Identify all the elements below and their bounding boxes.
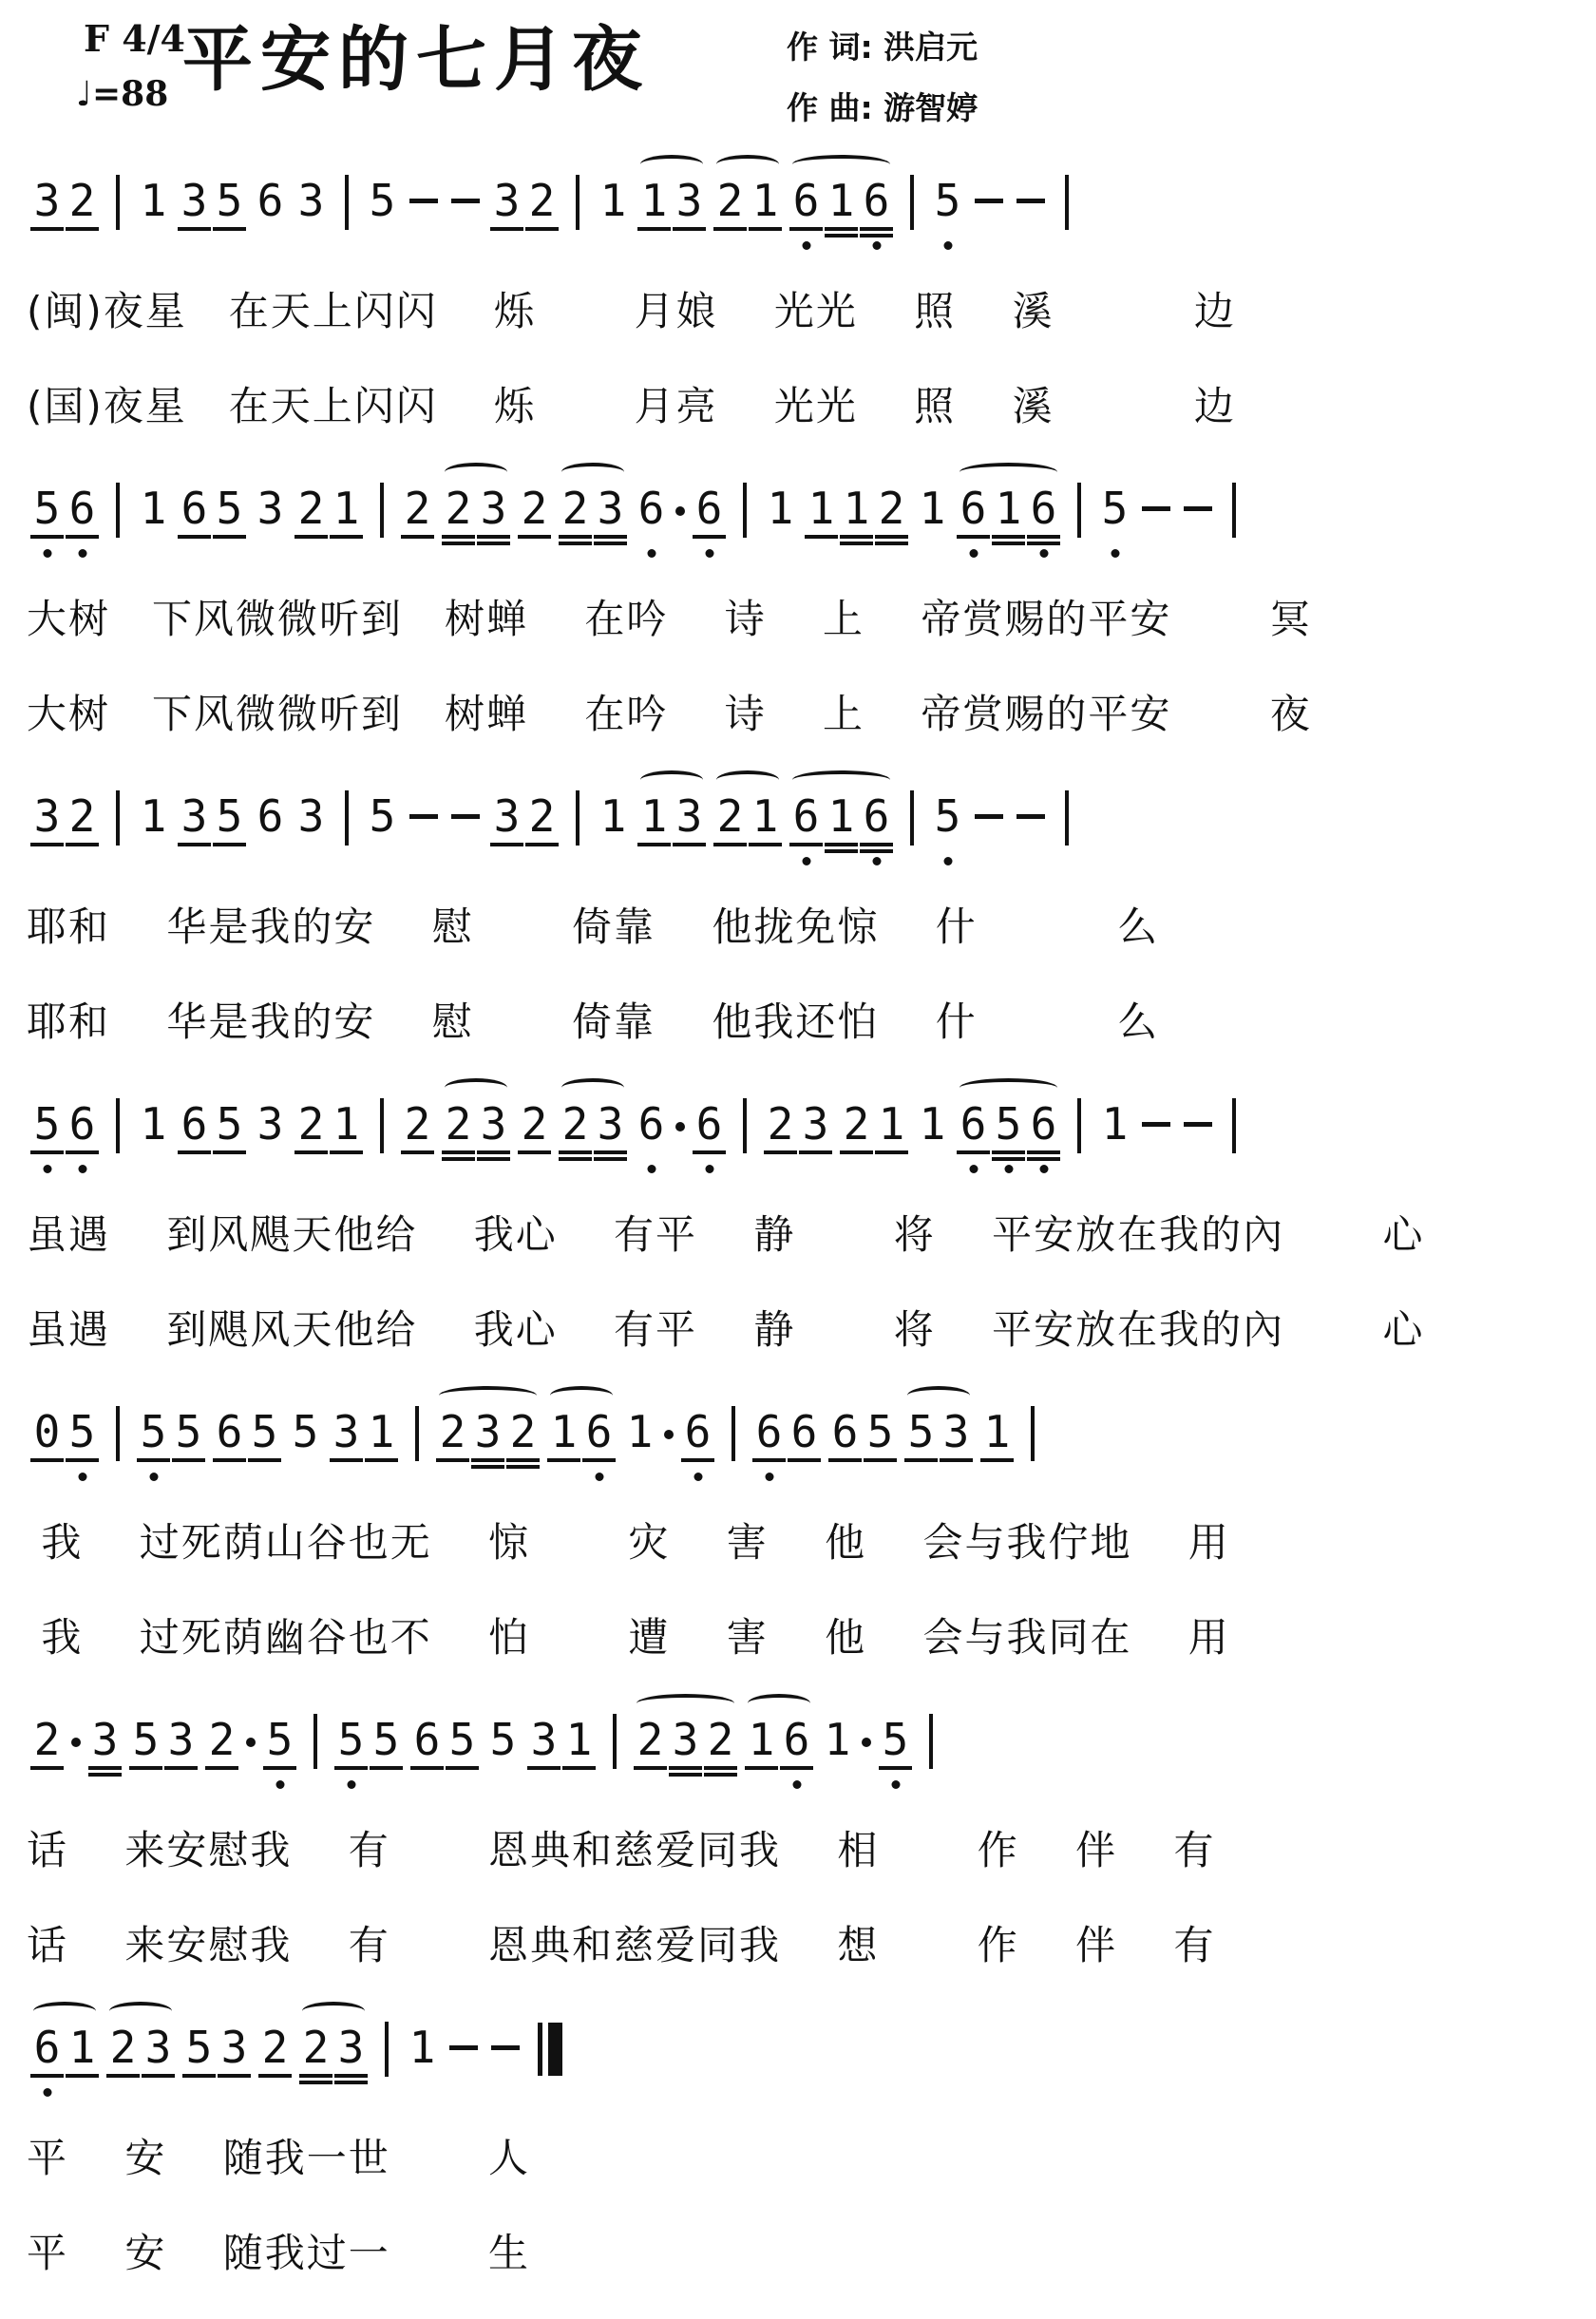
underline-beam bbox=[471, 1465, 504, 1469]
note: 5 bbox=[991, 1098, 1026, 1151]
note: 6 bbox=[253, 175, 288, 228]
low-octave-dot bbox=[802, 857, 810, 865]
note: 5 bbox=[878, 1714, 913, 1767]
underline-beam bbox=[248, 1458, 281, 1462]
note-group: 65 bbox=[827, 1406, 898, 1459]
note: 2 bbox=[763, 1098, 798, 1151]
underline-beam bbox=[30, 1150, 64, 1154]
note-group: 5 bbox=[485, 1714, 521, 1767]
note-group: 65 bbox=[212, 1406, 282, 1459]
underline-beam bbox=[442, 542, 475, 545]
note: 1 bbox=[636, 790, 672, 844]
dash-note bbox=[1139, 483, 1173, 536]
note: 2 bbox=[558, 483, 593, 536]
note-group: 1 bbox=[136, 483, 171, 536]
note: 5 bbox=[247, 1406, 282, 1459]
underline-beam bbox=[992, 535, 1025, 539]
note-group: 05 bbox=[29, 1406, 100, 1459]
underline-beam bbox=[992, 1157, 1025, 1161]
low-octave-dot bbox=[647, 549, 655, 558]
underline-beam bbox=[840, 542, 873, 545]
underline-beam bbox=[860, 234, 893, 238]
underline-beam bbox=[490, 843, 523, 846]
lyric-line-verse-1: 耶和 华是我的安 慰 倚靠 他拢免惊 什 么 bbox=[27, 901, 1072, 954]
note: 5 bbox=[288, 1406, 323, 1459]
underline-beam bbox=[30, 1458, 64, 1462]
slur-arc bbox=[959, 463, 1057, 482]
underline-beam bbox=[1027, 1150, 1060, 1154]
note: 2 bbox=[294, 483, 329, 536]
underline-beam bbox=[745, 1766, 778, 1770]
underline-beam bbox=[860, 227, 893, 231]
note: 6 bbox=[1026, 483, 1061, 536]
note-group: 3 bbox=[294, 790, 329, 844]
note: 1 bbox=[748, 175, 783, 228]
note: 1 bbox=[915, 1098, 950, 1151]
note-group: 3 bbox=[294, 175, 329, 228]
underline-beam bbox=[559, 535, 592, 539]
note: 5 bbox=[930, 790, 965, 844]
barline bbox=[116, 1098, 120, 1153]
dash-note bbox=[407, 790, 441, 844]
underline-beam bbox=[477, 535, 510, 539]
barline bbox=[1077, 483, 1081, 538]
note: 3 bbox=[217, 2022, 252, 2075]
underline-beam bbox=[294, 535, 328, 539]
dash-note bbox=[448, 175, 483, 228]
lyric-line-verse-2: 虽遇 到飓风天他给 我心 有平 静 将 平安放在我的內 心 bbox=[27, 1303, 1072, 1357]
note-group: 6 bbox=[253, 175, 288, 228]
underline-beam bbox=[218, 2074, 251, 2078]
underline-beam bbox=[30, 1766, 64, 1770]
note-group: 65 bbox=[409, 1714, 480, 1767]
note: 1 bbox=[874, 1098, 909, 1151]
note: 3 bbox=[29, 790, 65, 844]
underline-beam bbox=[525, 227, 559, 231]
note-group: 5 bbox=[365, 790, 400, 844]
low-octave-dot bbox=[1039, 1165, 1048, 1173]
slur-arc bbox=[550, 1386, 613, 1405]
slur-arc bbox=[716, 155, 779, 174]
note: 3 bbox=[476, 1098, 511, 1151]
note: 5 bbox=[365, 790, 400, 844]
dash-note bbox=[1181, 1098, 1215, 1151]
note-group: 23 bbox=[298, 2022, 369, 2075]
note-group: 16 bbox=[546, 1406, 617, 1459]
augmentation-dot bbox=[67, 1714, 85, 1767]
system-3: 3213563532113216165耶和 华是我的安 慰 倚靠 他拢免惊 什 … bbox=[27, 766, 1072, 1049]
note-group: 1 bbox=[622, 1406, 657, 1459]
underline-beam bbox=[30, 227, 64, 231]
low-octave-dot bbox=[705, 549, 713, 558]
slur-arc bbox=[792, 155, 890, 174]
underline-beam bbox=[88, 1766, 122, 1770]
note: 3 bbox=[87, 1714, 123, 1767]
dash-note bbox=[448, 790, 483, 844]
low-octave-dot bbox=[1039, 549, 1048, 558]
note: 1 bbox=[991, 483, 1026, 536]
underline-beam bbox=[477, 542, 510, 545]
underline-beam bbox=[634, 1766, 667, 1770]
low-octave-dot bbox=[347, 1780, 355, 1789]
augmentation-dot bbox=[858, 1714, 875, 1767]
system-7: 6123532231平 安 随我一世 人平 安 随我过一 生 bbox=[27, 1997, 1072, 2280]
low-octave-dot bbox=[43, 1165, 51, 1173]
note-group: 1 bbox=[405, 2022, 440, 2075]
note: 3 bbox=[489, 175, 524, 228]
slur-arc bbox=[439, 1386, 537, 1405]
underline-beam bbox=[506, 1458, 540, 1462]
note: 1 bbox=[744, 1714, 779, 1767]
lyric-line-verse-2: 大树 下风微微听到 树蝉 在吟 诗 上 帝赏赐的平安 夜 bbox=[27, 688, 1072, 741]
underline-beam bbox=[713, 843, 747, 846]
dash-note bbox=[1014, 790, 1048, 844]
slur-arc bbox=[959, 1078, 1057, 1097]
underline-beam bbox=[299, 2081, 332, 2084]
note: 6 bbox=[634, 1098, 669, 1151]
note-group: 32 bbox=[489, 790, 560, 844]
underline-beam bbox=[789, 227, 823, 231]
low-octave-dot bbox=[1111, 549, 1119, 558]
note-group: 656 bbox=[956, 1098, 1061, 1151]
systems: 3213563532113216165(闽)夜星 在天上闪闪 烁 月娘 光光 照… bbox=[27, 150, 1072, 2280]
barline bbox=[743, 483, 747, 538]
note-group: 23 bbox=[105, 2022, 176, 2075]
notation-line: 6123532231 bbox=[27, 1997, 1072, 2107]
note-group: 35 bbox=[177, 790, 247, 844]
note: 5 bbox=[65, 1406, 100, 1459]
note: 1 bbox=[136, 175, 171, 228]
underline-beam bbox=[410, 1766, 444, 1770]
low-octave-dot bbox=[78, 549, 86, 558]
underline-beam bbox=[992, 1150, 1025, 1154]
slur-arc bbox=[907, 1386, 970, 1405]
lyricist-credit: 作 词: 洪启元 bbox=[787, 23, 978, 67]
note-group: 2 bbox=[400, 483, 435, 536]
note: 3 bbox=[798, 1098, 833, 1151]
underline-beam bbox=[527, 1766, 560, 1770]
note: 2 bbox=[400, 483, 435, 536]
note-group: 1 bbox=[136, 175, 171, 228]
note-group: 53 bbox=[128, 1714, 199, 1767]
underline-beam bbox=[704, 1773, 737, 1777]
note-group: 23 bbox=[558, 483, 628, 536]
underline-beam bbox=[825, 227, 858, 231]
note: 5 bbox=[369, 1714, 404, 1767]
barline bbox=[1232, 1098, 1236, 1153]
note: 6 bbox=[779, 1714, 814, 1767]
note: 1 bbox=[596, 790, 631, 844]
underline-beam bbox=[789, 843, 823, 846]
underline-beam bbox=[681, 1458, 714, 1462]
low-octave-dot bbox=[149, 1473, 158, 1481]
lyric-line-verse-1: (闽)夜星 在天上闪闪 烁 月娘 光光 照 溪 边 bbox=[27, 285, 1072, 338]
note: 2 bbox=[505, 1406, 541, 1459]
note: 1 bbox=[915, 483, 950, 536]
note: 1 bbox=[839, 483, 874, 536]
underline-beam bbox=[713, 227, 747, 231]
underline-beam bbox=[559, 542, 592, 545]
note: 6 bbox=[253, 790, 288, 844]
underline-beam bbox=[30, 843, 64, 846]
lyric-line-verse-2: 我 过死荫幽谷也不 怕 遭 害 他 会与我同在 用 bbox=[27, 1611, 1072, 1664]
note-group: 6 bbox=[692, 483, 727, 536]
note: 6 bbox=[787, 1406, 822, 1459]
underline-beam bbox=[66, 843, 99, 846]
notation-line: 23532555655312321615 bbox=[27, 1689, 1072, 1799]
underline-beam bbox=[547, 1458, 580, 1462]
underline-beam bbox=[559, 1150, 592, 1154]
note-group: 32 bbox=[29, 790, 100, 844]
barline bbox=[1065, 790, 1069, 846]
low-octave-dot bbox=[943, 241, 952, 250]
note: 3 bbox=[329, 1406, 364, 1459]
note: 3 bbox=[163, 1714, 199, 1767]
note: 3 bbox=[526, 1714, 561, 1767]
note: 1 bbox=[136, 1098, 171, 1151]
note-group: 1 bbox=[979, 1406, 1015, 1459]
underline-beam bbox=[477, 1150, 510, 1154]
note: 3 bbox=[253, 1098, 288, 1151]
underline-beam bbox=[525, 843, 559, 846]
underline-beam bbox=[582, 1458, 616, 1462]
note-group: 55 bbox=[333, 1714, 404, 1767]
note-group: 1 bbox=[596, 175, 631, 228]
note-group: 232 bbox=[633, 1714, 738, 1767]
underline-beam bbox=[637, 227, 671, 231]
underline-beam bbox=[957, 535, 990, 539]
notation-line: 5616532122322366232116561 bbox=[27, 1074, 1072, 1184]
note-group: 1 bbox=[1097, 1098, 1132, 1151]
underline-beam bbox=[840, 1150, 873, 1154]
note: 5 bbox=[863, 1406, 898, 1459]
slur-arc bbox=[561, 463, 624, 482]
low-octave-dot bbox=[78, 1165, 86, 1173]
note: 2 bbox=[435, 1406, 470, 1459]
note: 3 bbox=[177, 175, 212, 228]
underline-beam bbox=[66, 227, 99, 231]
note: 2 bbox=[874, 483, 909, 536]
sheet-header: F 4/4 ♩=88 平安的七月夜 作 词: 洪启元 作 曲: 游智婷 bbox=[27, 0, 1072, 150]
note: 6 bbox=[827, 1406, 863, 1459]
underline-beam bbox=[1027, 535, 1060, 539]
note: 1 bbox=[763, 483, 798, 536]
note: 3 bbox=[333, 2022, 369, 2075]
note-group: 65 bbox=[177, 1098, 247, 1151]
barline bbox=[1077, 1098, 1081, 1153]
note: 6 bbox=[680, 1406, 715, 1459]
low-octave-dot bbox=[43, 2088, 51, 2097]
note-group: 16 bbox=[744, 1714, 814, 1767]
note: 3 bbox=[141, 2022, 176, 2075]
note: 6 bbox=[1026, 1098, 1061, 1151]
dash-note bbox=[1014, 175, 1048, 228]
barline bbox=[929, 1714, 933, 1769]
dash-note bbox=[1181, 483, 1215, 536]
notation-line: 3213563532113216165 bbox=[27, 150, 1072, 260]
low-octave-dot bbox=[765, 1473, 773, 1481]
barline bbox=[576, 175, 579, 230]
barline bbox=[415, 1406, 419, 1461]
underline-beam bbox=[30, 2074, 64, 2078]
note: 3 bbox=[939, 1406, 974, 1459]
note: 1 bbox=[596, 175, 631, 228]
underline-beam bbox=[980, 1458, 1014, 1462]
barline bbox=[116, 1406, 120, 1461]
note-group: 6 bbox=[634, 483, 669, 536]
note: 1 bbox=[65, 2022, 100, 2075]
low-octave-dot bbox=[43, 549, 51, 558]
note-group: 23 bbox=[441, 1098, 511, 1151]
underline-beam bbox=[594, 1157, 627, 1161]
slur-arc bbox=[302, 2002, 365, 2021]
note-group: 1 bbox=[596, 790, 631, 844]
underline-beam bbox=[182, 2074, 216, 2078]
underline-beam bbox=[1027, 1157, 1060, 1161]
underline-beam bbox=[436, 1458, 469, 1462]
note: 2 bbox=[65, 790, 100, 844]
note: 6 bbox=[212, 1406, 247, 1459]
underline-beam bbox=[334, 1766, 368, 1770]
system-6: 23532555655312321615话 来安慰我 有 恩典和慈爱同我 相 作… bbox=[27, 1689, 1072, 1972]
underline-beam bbox=[471, 1458, 504, 1462]
note: 5 bbox=[930, 175, 965, 228]
low-octave-dot bbox=[693, 1473, 702, 1481]
note: 5 bbox=[212, 483, 247, 536]
note: 6 bbox=[956, 483, 991, 536]
underline-beam bbox=[178, 1150, 211, 1154]
song-title: 平安的七月夜 bbox=[27, 4, 806, 105]
slur-arc bbox=[33, 2002, 96, 2021]
note-group: 3 bbox=[253, 1098, 288, 1151]
underline-beam bbox=[673, 227, 706, 231]
note-group: 6 bbox=[634, 1098, 669, 1151]
note: 5 bbox=[212, 790, 247, 844]
underline-beam bbox=[205, 1766, 238, 1770]
underline-beam bbox=[178, 535, 211, 539]
underline-beam bbox=[637, 843, 671, 846]
underline-beam bbox=[213, 843, 246, 846]
barline bbox=[380, 483, 384, 538]
note: 2 bbox=[105, 2022, 141, 2075]
note-group: 21 bbox=[712, 175, 783, 228]
low-octave-dot bbox=[275, 1780, 284, 1789]
note: 1 bbox=[546, 1406, 581, 1459]
underline-beam bbox=[825, 849, 858, 853]
note: 3 bbox=[177, 790, 212, 844]
note: 6 bbox=[859, 790, 894, 844]
note: 2 bbox=[294, 1098, 329, 1151]
note-group: 66 bbox=[751, 1406, 822, 1459]
system-5: 05556553123216166665531 我 过死荫山谷也无 惊 灾 害 … bbox=[27, 1381, 1072, 1664]
underline-beam bbox=[442, 1150, 475, 1154]
note: 5 bbox=[262, 1714, 297, 1767]
low-octave-dot bbox=[872, 241, 881, 250]
underline-beam bbox=[258, 2074, 292, 2078]
note: 6 bbox=[634, 483, 669, 536]
underline-beam bbox=[904, 1458, 938, 1462]
note: 2 bbox=[298, 2022, 333, 2075]
note: 1 bbox=[824, 175, 859, 228]
lyric-line-verse-2: 平 安 随我过一 生 bbox=[27, 2227, 1072, 2280]
note: 2 bbox=[441, 1098, 476, 1151]
underline-beam bbox=[875, 542, 908, 545]
underline-beam bbox=[178, 227, 211, 231]
note-group: 56 bbox=[29, 1098, 100, 1151]
note-group: 6 bbox=[680, 1406, 715, 1459]
note-group: 232 bbox=[435, 1406, 541, 1459]
underline-beam bbox=[370, 1766, 403, 1770]
underline-beam bbox=[875, 535, 908, 539]
note-group: 13 bbox=[636, 790, 707, 844]
underline-beam bbox=[840, 535, 873, 539]
note: 6 bbox=[581, 1406, 617, 1459]
note: 1 bbox=[561, 1714, 597, 1767]
lyric-line-verse-1: 虽遇 到风飓天他给 我心 有平 静 将 平安放在我的內 心 bbox=[27, 1208, 1072, 1262]
low-octave-dot bbox=[802, 241, 810, 250]
underline-beam bbox=[594, 542, 627, 545]
note: 5 bbox=[29, 1098, 65, 1151]
note: 2 bbox=[65, 175, 100, 228]
note: 3 bbox=[294, 175, 329, 228]
note-group: 1 bbox=[136, 790, 171, 844]
note-group: 32 bbox=[29, 175, 100, 228]
note-group: 2 bbox=[400, 1098, 435, 1151]
note: 2 bbox=[441, 483, 476, 536]
notation-line: 3213563532113216165 bbox=[27, 766, 1072, 876]
underline-beam bbox=[764, 1150, 797, 1154]
slur-arc bbox=[445, 463, 507, 482]
slur-arc bbox=[445, 1078, 507, 1097]
barline bbox=[576, 790, 579, 846]
dash-note bbox=[446, 2022, 481, 2075]
note: 2 bbox=[524, 790, 560, 844]
note: 6 bbox=[788, 790, 824, 844]
underline-beam bbox=[66, 1150, 99, 1154]
underline-beam bbox=[142, 2074, 175, 2078]
note-group: 21 bbox=[839, 1098, 909, 1151]
barline bbox=[743, 1098, 747, 1153]
underline-beam bbox=[299, 2074, 332, 2078]
note: 3 bbox=[489, 790, 524, 844]
note: 1 bbox=[136, 483, 171, 536]
slur-arc bbox=[636, 1694, 734, 1713]
note-group: 53 bbox=[903, 1406, 974, 1459]
note-group: 21 bbox=[712, 790, 783, 844]
note-group: 1 bbox=[136, 1098, 171, 1151]
augmentation-dot bbox=[672, 483, 689, 536]
note: 6 bbox=[409, 1714, 445, 1767]
note: 5 bbox=[445, 1714, 480, 1767]
note-group: 5 bbox=[365, 175, 400, 228]
note: 6 bbox=[692, 483, 727, 536]
note: 5 bbox=[365, 175, 400, 228]
note: 5 bbox=[212, 175, 247, 228]
dash-note bbox=[407, 175, 441, 228]
underline-beam bbox=[805, 535, 838, 539]
note: 6 bbox=[956, 1098, 991, 1151]
augmentation-dot bbox=[660, 1406, 677, 1459]
underline-beam bbox=[704, 1766, 737, 1770]
note-group: 2 bbox=[517, 1098, 552, 1151]
note: 3 bbox=[470, 1406, 505, 1459]
note: 2 bbox=[633, 1714, 668, 1767]
note: 5 bbox=[136, 1406, 171, 1459]
lyric-line-verse-2: 耶和 华是我的安 慰 倚靠 他我还怕 什 么 bbox=[27, 996, 1072, 1049]
slur-arc bbox=[748, 1694, 810, 1713]
slur-arc bbox=[109, 2002, 172, 2021]
underline-beam bbox=[957, 1150, 990, 1154]
